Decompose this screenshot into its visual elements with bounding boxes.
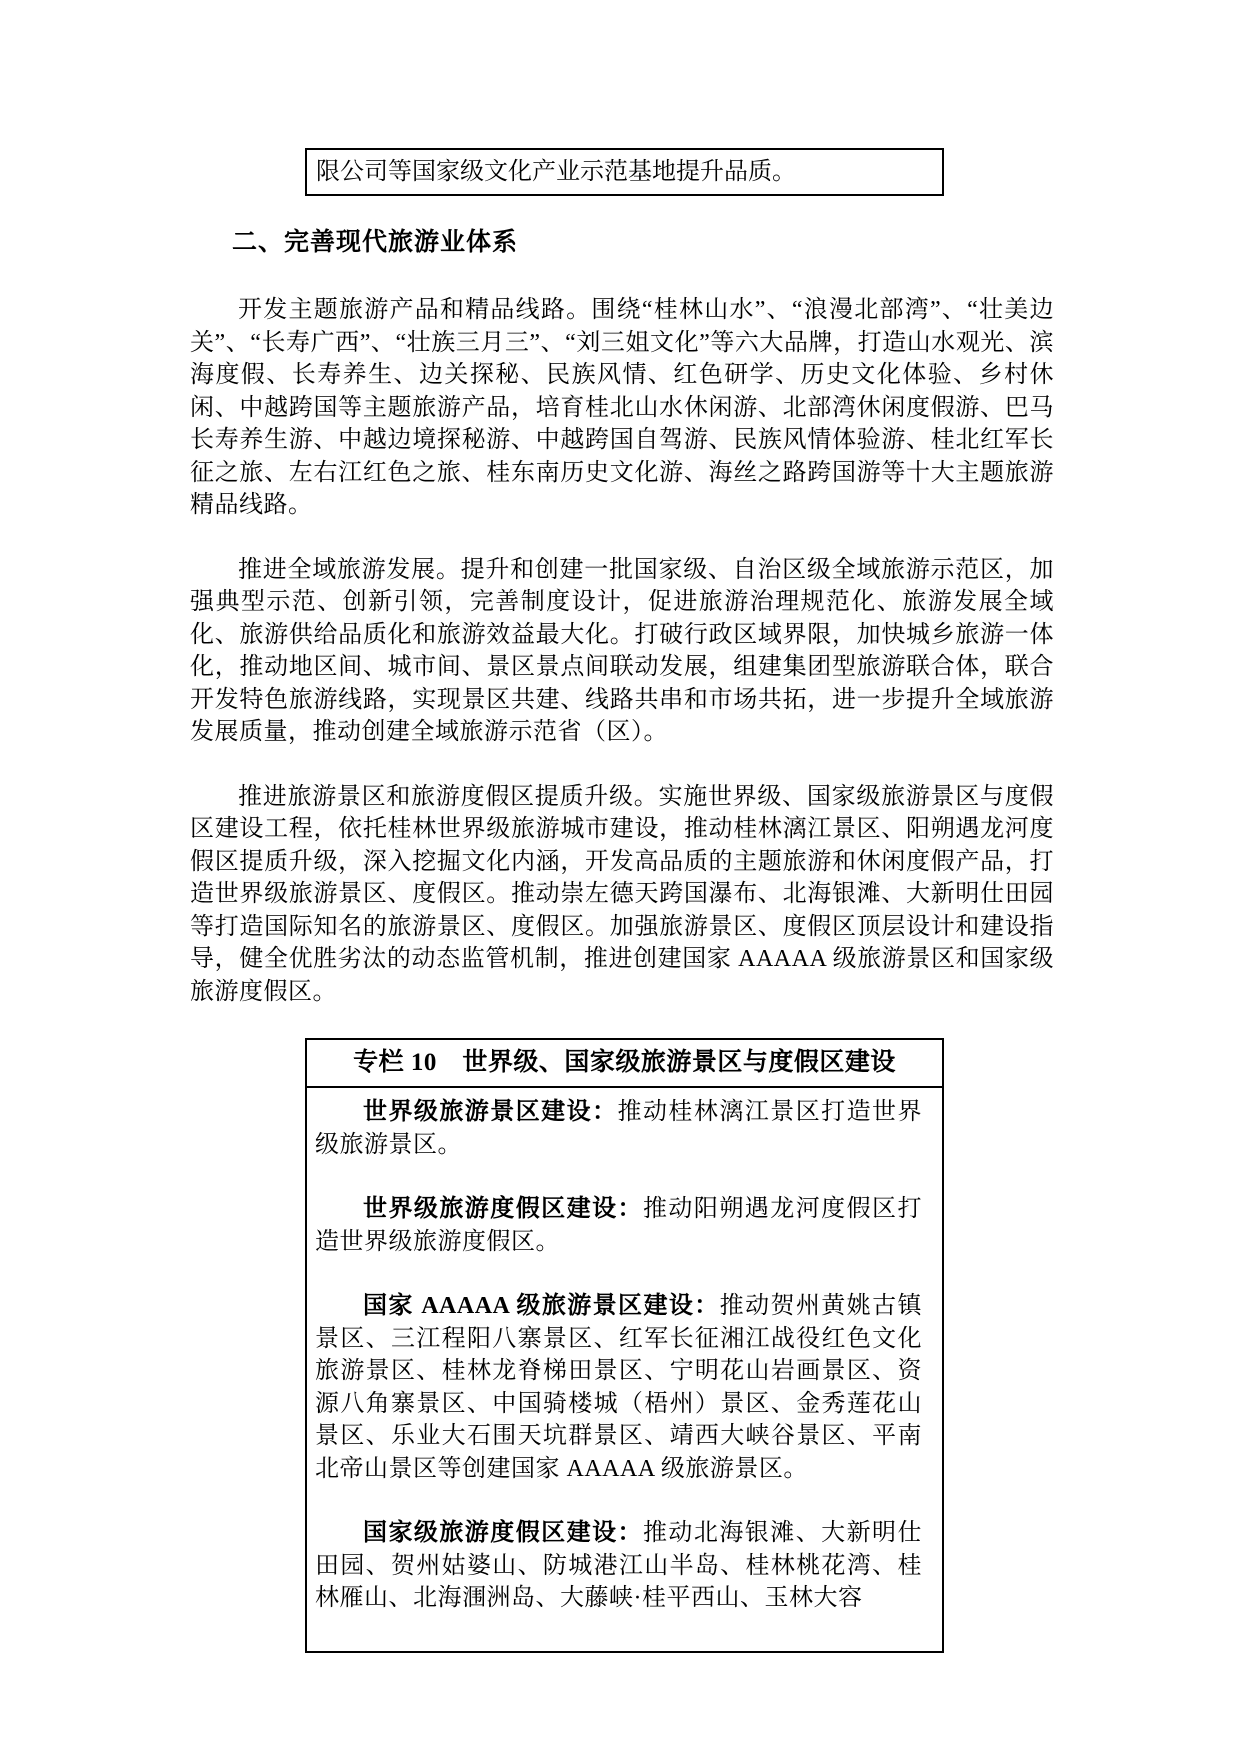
section-heading: 二、完善现代旅游业体系 (232, 222, 1054, 258)
panel-item-text: 推动贺州黄姚古镇景区、三江程阳八寨景区、红军长征湘江战役红色文化旅游景区、桂林龙… (315, 1293, 922, 1482)
document-body: 限公司等国家级文化产业示范基地提升品质。 二、完善现代旅游业体系 开发主题旅游产… (190, 0, 1054, 1653)
panel-item-national-5a-scenic: 国家 AAAAA 级旅游景区建设：推动贺州黄姚古镇景区、三江程阳八寨景区、红军长… (315, 1290, 922, 1485)
continuation-text-box: 限公司等国家级文化产业示范基地提升品质。 (305, 148, 944, 196)
paragraph-scenic-area-upgrade: 推进旅游景区和旅游度假区提质升级。实施世界级、国家级旅游景区与度假区建设工程，依… (190, 781, 1054, 1009)
column-10-panel: 专栏 10 世界级、国家级旅游景区与度假区建设 世界级旅游景区建设：推动桂林漓江… (305, 1038, 944, 1653)
panel-item-world-class-resort: 世界级旅游度假区建设：推动阳朔遇龙河度假区打造世界级旅游度假区。 (315, 1193, 922, 1258)
panel-item-label: 国家 AAAAA 级旅游景区建设： (363, 1293, 720, 1319)
panel-title: 专栏 10 世界级、国家级旅游景区与度假区建设 (307, 1040, 942, 1088)
panel-item-label: 世界级旅游景区建设： (363, 1099, 618, 1125)
panel-item-label: 国家级旅游度假区建设： (363, 1520, 643, 1546)
continuation-text: 限公司等国家级文化产业示范基地提升品质。 (316, 159, 796, 185)
panel-item-national-resort: 国家级旅游度假区建设：推动北海银滩、大新明仕田园、贺州姑婆山、防城港江山半岛、桂… (315, 1517, 922, 1615)
document-page: { "doc": { "continuation_box_text": "限公司… (0, 0, 1241, 1755)
panel-body: 世界级旅游景区建设：推动桂林漓江景区打造世界级旅游景区。 世界级旅游度假区建设：… (307, 1096, 942, 1651)
paragraph-all-region-tourism: 推进全域旅游发展。提升和创建一批国家级、自治区级全域旅游示范区，加强典型示范、创… (190, 554, 1054, 749)
panel-item-label: 世界级旅游度假区建设： (363, 1196, 643, 1222)
panel-item-world-class-scenic: 世界级旅游景区建设：推动桂林漓江景区打造世界级旅游景区。 (315, 1096, 922, 1161)
paragraph-theme-routes: 开发主题旅游产品和精品线路。围绕“桂林山水”、“浪漫北部湾”、“壮美边关”、“长… (190, 294, 1054, 522)
